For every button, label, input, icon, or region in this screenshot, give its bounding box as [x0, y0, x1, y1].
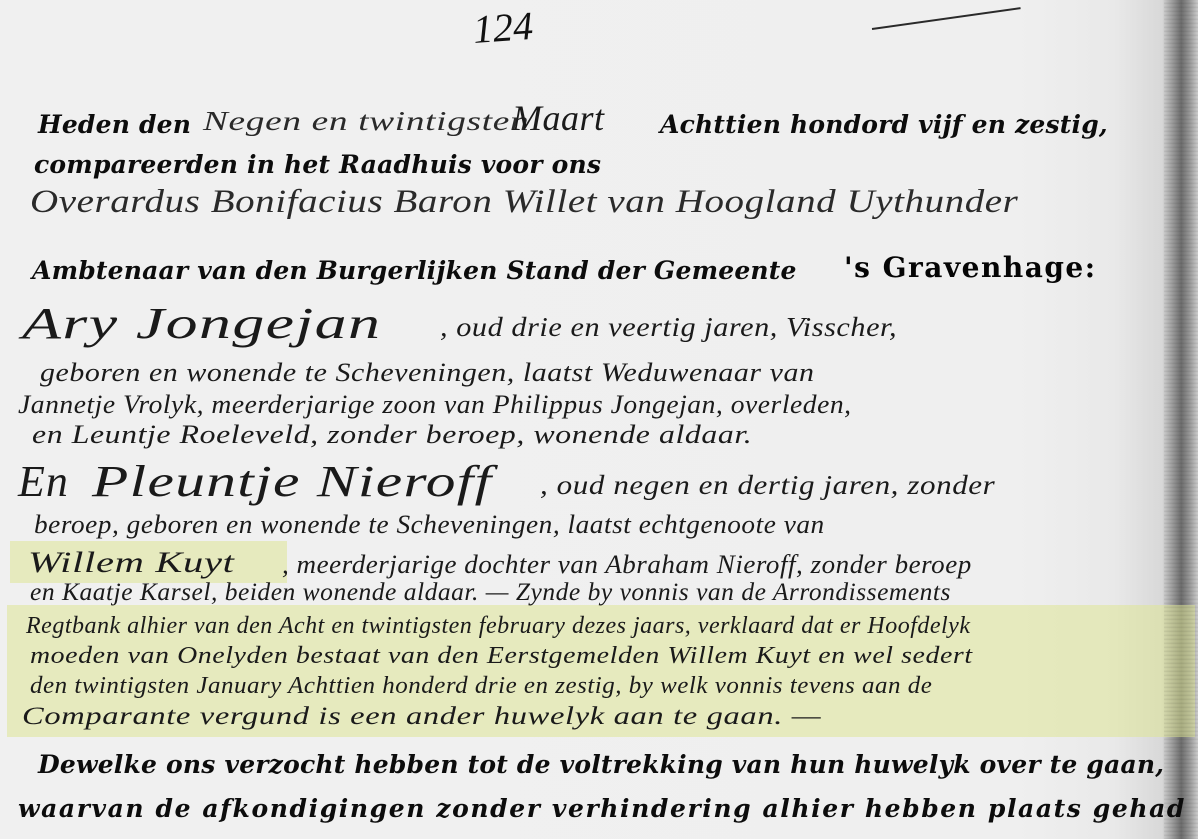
printed-heden-den: Heden den — [38, 112, 191, 137]
printed-year: Achttien hondord vijf en zestig, — [660, 112, 1108, 137]
hand-bride-age: , oud negen en dertig jaren, zonder — [540, 472, 995, 499]
hand-groom-name: Ary Jongejan — [22, 302, 381, 346]
hand-court-line-1: Regtbank alhier van den Acht en twintigs… — [26, 614, 971, 638]
hand-court-line-3: den twintigsten January Achttien honderd… — [30, 674, 932, 698]
printed-gravenhage: 's Gravenhage: — [844, 254, 1097, 282]
hand-late-husband-name: Willem Kuyt — [28, 548, 235, 578]
hand-groom-age-occupation: , oud drie en veertig jaren, Visscher, — [440, 314, 897, 341]
printed-waarvan: waarvan de afkondigingen zonder verhinde… — [18, 796, 1186, 821]
hand-date-day: Negen en twintigsten — [203, 108, 529, 135]
hand-bride-parents: , meerderjarige dochter van Abraham Nier… — [282, 552, 972, 578]
hand-en: En — [18, 460, 69, 504]
hand-bride-name: Pleuntje Nieroff — [92, 460, 492, 504]
register-page: 124 Heden den Negen en twintigsten der M… — [0, 0, 1198, 839]
hand-bride-mother-verdict: en Kaatje Karsel, beiden wonende aldaar.… — [30, 580, 951, 605]
hand-month: Maart — [512, 100, 605, 136]
printed-ambtenaar: Ambtenaar van den Burgerlijken Stand der… — [32, 258, 797, 283]
hand-court-line-2: moeden van Onelyden bestaat van den Eers… — [30, 644, 973, 668]
printed-compareerden: compareerden in het Raadhuis voor ons — [34, 152, 601, 177]
hand-groom-birthplace: geboren en wonende te Scheveningen, laat… — [40, 360, 815, 386]
printed-dewelke: Dewelke ons verzocht hebben tot de voltr… — [38, 752, 1164, 777]
hand-groom-parents: Jannetje Vrolyk, meerderjarige zoon van … — [18, 392, 852, 418]
hand-bride-birthplace: beroep, geboren en wonende te Schevening… — [34, 512, 825, 538]
hand-official-name: Overardus Bonifacius Baron Willet van Ho… — [30, 186, 1018, 219]
hand-groom-mother: en Leuntje Roeleveld, zonder beroep, won… — [32, 422, 752, 448]
pen-flourish — [872, 7, 1021, 30]
page-number: 124 — [472, 6, 535, 50]
hand-court-line-4: Comparante vergund is een ander huwelyk … — [22, 704, 821, 729]
